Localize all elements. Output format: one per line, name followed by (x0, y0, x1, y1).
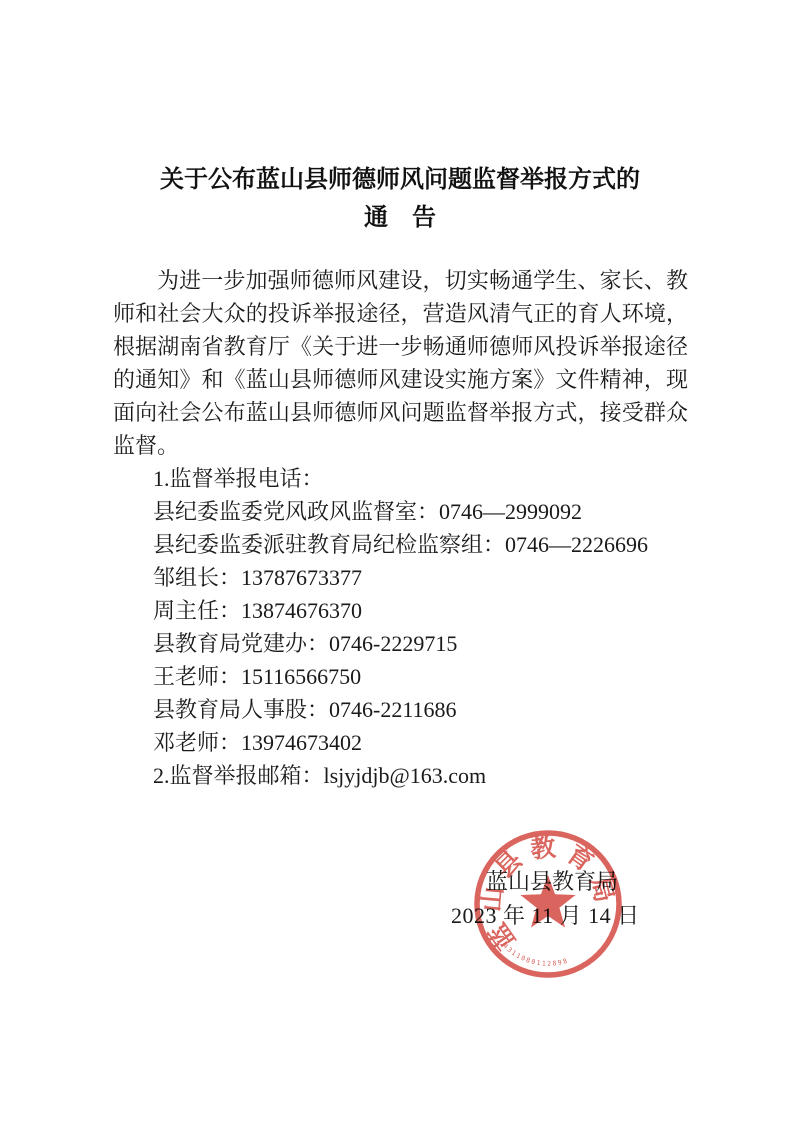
document-title-line2: 通 告 (113, 199, 687, 237)
seal-serial-arc (500, 943, 596, 966)
document-title-line1: 关于公布蓝山县师德师风问题监督举报方式的 (113, 161, 687, 199)
seal-arc-char: 教 (529, 834, 557, 864)
intro-paragraph: 为进一步加强师德师风建设，切实畅通学生、家长、教师和社会大众的投诉举报途径，营造… (113, 264, 688, 462)
issuer-signature: 蓝山县教育局 (486, 867, 618, 897)
contact-line: 县纪委监委派驻教育局纪检监察组：0746—2226696 (113, 528, 688, 561)
contact-list: 1.监督举报电话：县纪委监委党风政风监督室：0746—2999092县纪委监委派… (113, 462, 688, 792)
issue-date: 2023 年 11 月 14 日 (451, 901, 640, 931)
contact-line: 县教育局人事股：0746-2211686 (113, 693, 688, 726)
contact-line: 县教育局党建办：0746-2229715 (113, 627, 688, 660)
contact-line: 王老师：15116566750 (113, 660, 688, 693)
document-body: 为进一步加强师德师风建设，切实畅通学生、家长、教师和社会大众的投诉举报途径，营造… (113, 264, 688, 792)
document-title: 关于公布蓝山县师德师风问题监督举报方式的 通 告 (113, 161, 687, 237)
contact-line: 1.监督举报电话： (113, 462, 688, 495)
contact-line: 2.监督举报邮箱：lsjyjdjb@163.com (113, 759, 688, 792)
seal-serial: 4311080112898 (501, 942, 569, 968)
contact-line: 邹组长：13787673377 (113, 561, 688, 594)
contact-line: 周主任：13874676370 (113, 594, 688, 627)
seal-serial-text: 4311080112898 (501, 942, 569, 968)
contact-line: 县纪委监委党风政风监督室：0746—2999092 (113, 495, 688, 528)
contact-line: 邓老师：13974673402 (113, 726, 688, 759)
document-page: 关于公布蓝山县师德师风问题监督举报方式的 通 告 为进一步加强师德师风建设，切实… (0, 0, 793, 1122)
